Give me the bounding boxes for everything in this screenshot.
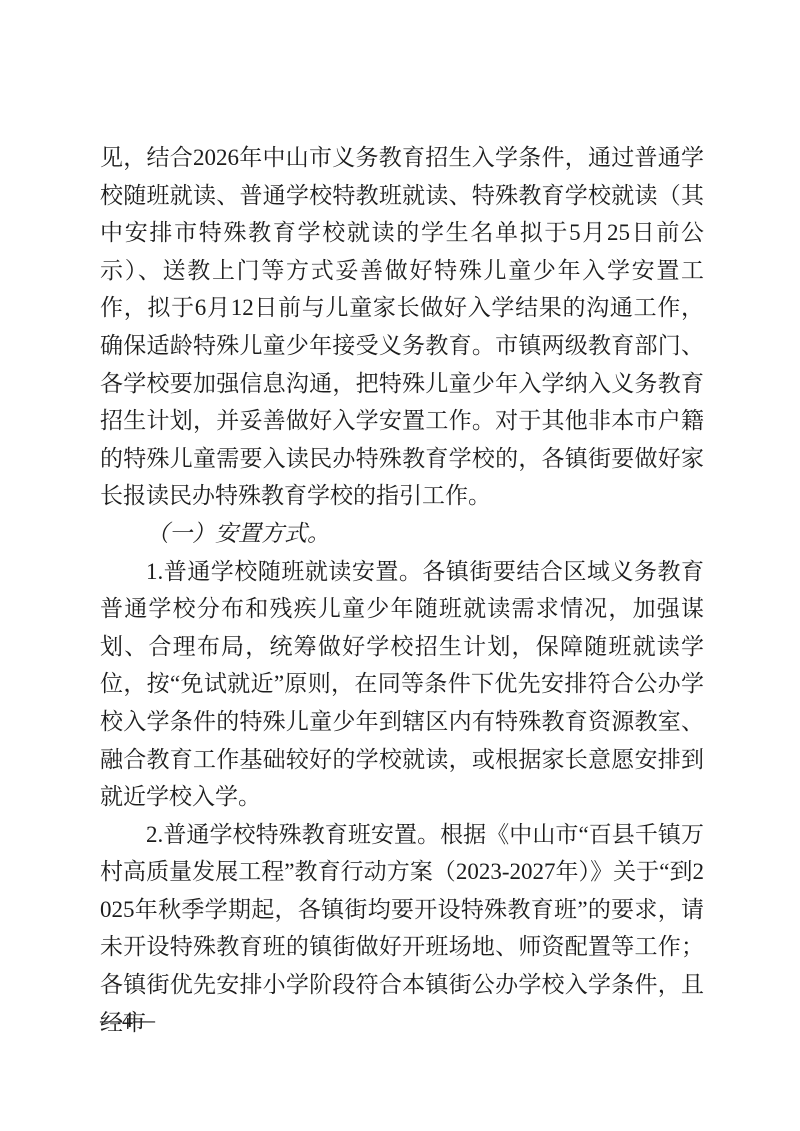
document-body: 见，结合2026年中山市义务教育招生入学条件，通过普通学校随班就读、普通学校特教…: [100, 139, 704, 1041]
paragraph-item-2: 2.普通学校特殊教育班安置。根据《中山市“百县千镇万村高质量发展工程”教育行动方…: [100, 816, 704, 1042]
paragraph-item-1: 1.普通学校随班就读安置。各镇街要结合区域义务教育普通学校分布和残疾儿童少年随班…: [100, 553, 704, 816]
page-number: —4—: [100, 1005, 155, 1035]
paragraph-continuation: 见，结合2026年中山市义务教育招生入学条件，通过普通学校随班就读、普通学校特教…: [100, 139, 704, 515]
section-heading: （一）安置方式。: [100, 515, 704, 553]
document-page: 见，结合2026年中山市义务教育招生入学条件，通过普通学校随班就读、普通学校特教…: [0, 0, 800, 1131]
